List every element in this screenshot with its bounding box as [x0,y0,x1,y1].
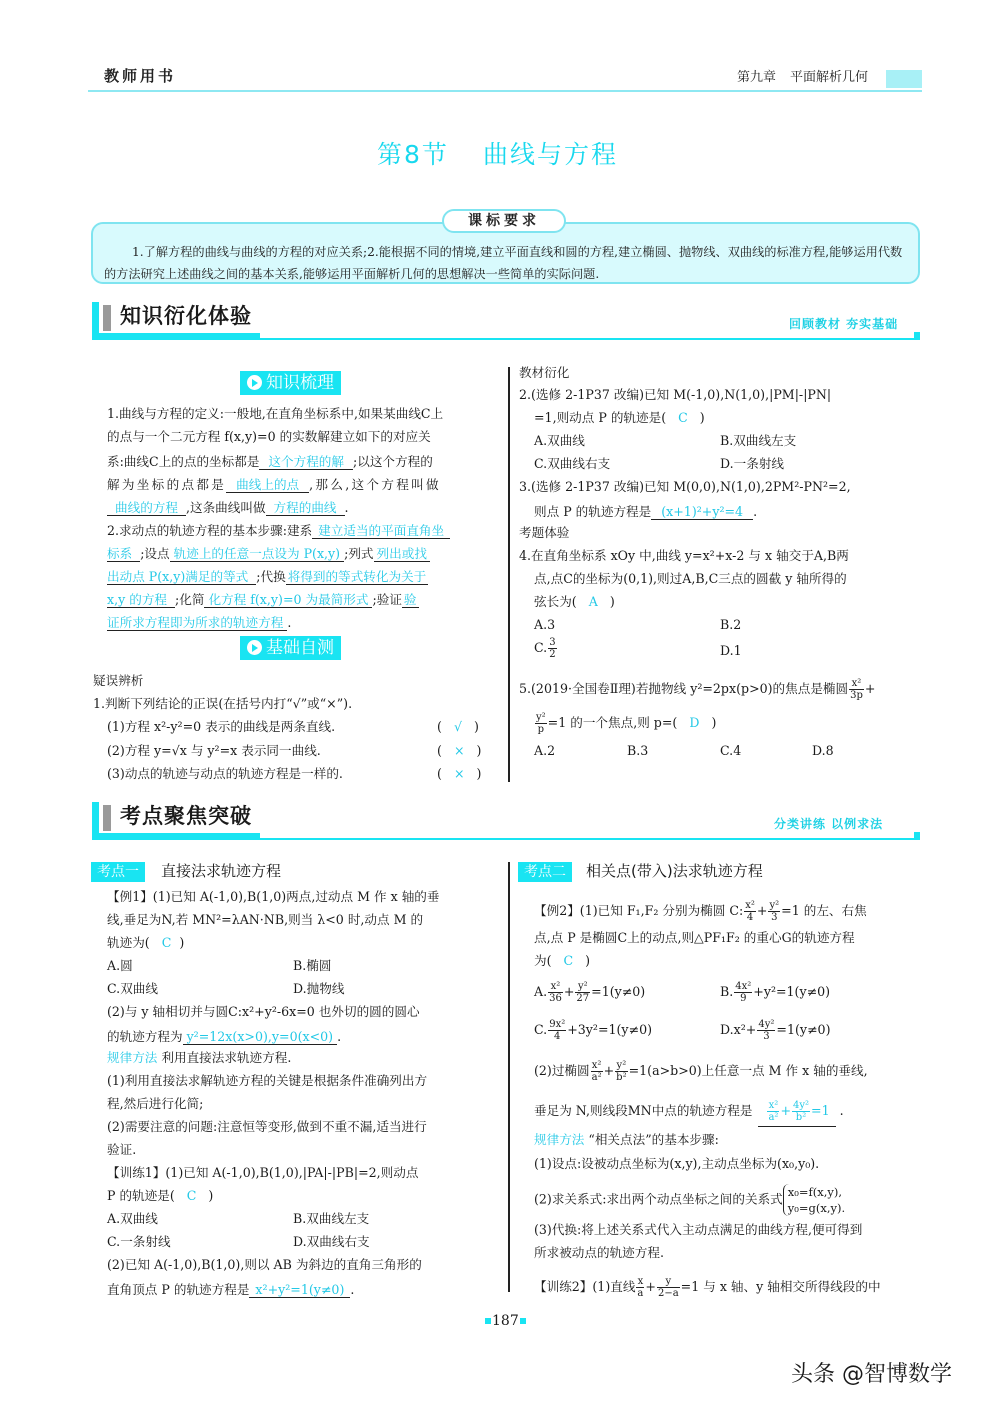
section-subtitle: 回顾教材 夯实基础 [789,318,898,330]
banner-dot [914,832,920,838]
knowledge-item-1-line-2: 的点与一个二元方程 f(x,y)=0 的实数解建立如下的对应关 [107,431,431,444]
question-4-line-2: 点,点C的坐标为(0,1),则过A,B,C三点的圆截 y 轴所得的 [534,573,847,586]
example-2-option-a: A.x²36+y²27=1(y≠0) [534,981,645,1004]
example-2-line-1: 【例2】(1)已知 F₁,F₂ 分别为椭圆 C:x²4+y²3=1 的左、右焦 [534,900,867,923]
question-3-line-1: 3.(选修 2-1P37 改编)已知 M(0,0),N(1,0),2PM²-PN… [519,481,851,494]
knowledge-item-2-line-2: 标系;设点轨迹上的任意一点设为 P(x,y);列式列出或找 [107,546,430,562]
section-subtitle: 分类讲练 以例求法 [774,818,883,830]
knowledge-item-2-line-5: 证所求方程即为所求的轨迹方程. [107,615,291,631]
answer-blank: 验 [402,592,419,608]
selftest-item-3: (3)动点的轨迹与动点的轨迹方程是一样的. [107,768,343,781]
play-icon [247,640,262,655]
training-1-line-1: 【训练1】(1)已知 A(-1,0),B(1,0),|PA|-|PB|=2,则动… [107,1167,418,1180]
page-title: 第8节曲线与方程 [0,142,995,167]
example-1-line-3: 轨迹为( C ) [107,937,184,950]
question-2-option-c: C.双曲线右支 [534,458,610,471]
requirements-text: 1.了解方程的曲线与曲线的方程的对应关系;2.能根据不同的情境,建立平面直线和圆… [104,241,914,285]
example-1-option-d: D.抛物线 [293,983,344,996]
section-number: 第8节 [377,140,449,169]
question-3-line-2: 则点 P 的轨迹方程是(x+1)²+y²=4. [534,504,757,520]
answer-blank: x,y 的方程 [107,592,175,608]
section-name: 曲线与方程 [483,140,618,169]
method-2-step-3-line-2: 所求被动点的轨迹方程. [534,1247,664,1260]
answer-blank: 标系 [107,546,140,562]
example-2b-line-1: (2)过椭圆x²a²+y²b²=1(a>b>0)上任意一点 M 作 x 轴的垂线… [534,1060,868,1083]
answer-blank: 方程的曲线 [266,500,345,516]
header-accent-bar [886,70,922,88]
training-1b-line-2: 直角顶点 P 的轨迹方程是x²+y²=1(y≠0). [107,1282,354,1298]
watermark: 头条 @智博数学 [791,1364,952,1386]
example-2-option-b: B.4x²9+y²=1(y≠0) [720,981,830,1004]
selftest-item-2: (2)方程 y=√x 与 y²=x 表示同一曲线. [107,745,321,758]
example-1-line-1: 【例1】(1)已知 A(-1,0),B(1,0)两点,过动点 M 作 x 轴的垂 [107,891,440,904]
method-2-heading: 规律方法 “相关点法”的基本步骤: [534,1134,719,1147]
requirements-tab: 课标要求 [442,209,566,233]
question-2-line-1: 2.(选修 2-1P37 改编)已知 M(-1,0),N(1,0),|PM|-|… [519,389,831,402]
question-4-line-3: 弦长为( A ) [534,596,615,609]
knowledge-item-1-line-4: 解为坐标的点都是曲线上的点,那么,这个方程叫做 [107,477,441,493]
banner-gray-block [103,805,111,831]
column-divider [508,862,510,1292]
kp2-tag: 考点二 [518,862,572,882]
selftest-answer-2: ( × ) [437,745,481,758]
training-1-option-a: A.双曲线 [107,1213,158,1226]
knowledge-item-1-line-5: 曲线的方程,这条曲线叫做方程的曲线. [107,500,349,516]
method-2-step-3-line-1: (3)代换:将上述关系式代入主动点满足的曲线方程,便可得到 [534,1224,862,1237]
example-1-option-c: C.双曲线 [107,983,158,996]
training-2-line-1: 【训练2】(1)直线xa+y2−a=1 与 x 轴、y 轴相交所得线段的中 [534,1276,881,1299]
banner-gray-block [103,305,111,331]
answer-blank: 将得到的等式转化为关于 [286,569,429,585]
answer-blank: y²=12x(x>0),y=0(x<0) [183,1029,338,1045]
answer-blank: (x+1)²+y²=4 [651,504,753,520]
selftest-answer-3: ( × ) [437,768,481,781]
answer-blank: x²+y²=1(y≠0) [249,1282,350,1298]
knowledge-item-2-line-1: 2.求动点的轨迹方程的基本步骤:建系建立适当的平面直角坐 [107,523,450,539]
question-4-option-c: C.32 [534,637,558,660]
subheading-textbook: 教材衍化 [519,367,569,380]
question-4-option-d: D.1 [720,645,742,658]
play-icon [247,375,262,390]
answer-blank: 出动点 P(x,y)满足的等式 [107,569,256,585]
training-1-option-c: C.一条射线 [107,1236,171,1249]
question-5-option-a: A.2 [534,745,555,758]
page-number: 187 [484,1314,527,1328]
answer-blank: 这个方程的解 [259,454,353,470]
question-5-option-b: B.3 [627,745,648,758]
knowledge-item-2-line-4: x,y 的方程;化简化方程 f(x,y)=0 为最简形式;验证验 [107,592,419,608]
chapter-name: 平面解析几何 [790,70,868,85]
answer-blank: 建立适当的平面直角坐 [312,523,450,539]
selftest-item-1: (1)方程 x²-y²=0 表示的曲线是两条直线. [107,721,335,734]
answer-blank: 轨迹上的任意一点设为 P(x,y) [170,546,344,562]
answer-blank: 曲线的方程 [107,500,186,516]
example-1-option-a: A.圆 [107,960,133,973]
question-2-option-b: B.双曲线左支 [720,435,796,448]
question-5-option-d: D.8 [812,745,834,758]
section-title: 考点聚焦突破 [120,805,252,826]
question-4-line-1: 4.在直角坐标系 xOy 中,曲线 y=x²+x-2 与 x 轴交于A,B两 [519,550,849,563]
method-1-point-1-line-2: 程,然后进行化简; [107,1098,203,1111]
header-rule [88,90,922,92]
question-5-line-1: 5.(2019·全国卷Ⅱ理)若抛物线 y²=2px(p>0)的焦点是椭圆x²3p… [519,678,875,701]
selftest-answer-1: ( √ ) [437,721,479,734]
heading-selftest: 基础自测 [240,636,341,660]
chapter-number: 第九章 [737,70,776,85]
heading-knowledge: 知识梳理 [240,371,341,395]
example-2-line-2: 点,点 P 是椭圆C上的动点,则△PF₁F₂ 的重心G的轨迹方程 [534,932,855,945]
answer-blank: 曲线上的点 [226,477,309,493]
knowledge-item-2-line-3: 出动点 P(x,y)满足的等式;代换将得到的等式转化为关于 [107,569,428,585]
method-1-point-1-line-1: (1)利用直接法求解轨迹方程的关键是根据条件准确列出方 [107,1075,427,1088]
answer-blank: 列出或找 [374,546,430,562]
question-4-option-b: B.2 [720,619,741,632]
section-title: 知识衍化体验 [120,305,252,326]
method-2-step-2: (2)求关系式:求出两个动点坐标之间的关系式x₀=f(x,y),y₀=g(x,y… [534,1184,845,1216]
example-1-line-2: 线,垂足为N,若 MN²=λAN·NB,则当 λ<0 时,动点 M 的 [107,914,423,927]
method-2-step-1: (1)设点:设被动点坐标为(x,y),主动点坐标为(x₀,y₀). [534,1158,819,1171]
answer-blank: 证所求方程即为所求的轨迹方程 [107,615,287,631]
question-5-line-2: y²p=1 的一个焦点,则 p=( D ) [534,712,716,735]
question-5-option-c: C.4 [720,745,741,758]
page-marker-icon [520,1318,526,1324]
method-1-heading: 规律方法 利用直接法求轨迹方程. [107,1052,291,1065]
banner-thin-line [92,838,920,840]
method-1-point-2-line-1: (2)需要注意的问题:注意恒等变形,做到不重不漏,适当进行 [107,1121,427,1134]
knowledge-item-1-line-1: 1.曲线与方程的定义:一般地,在直角坐标系中,如果某曲线C上 [107,408,443,421]
method-1-point-2-line-2: 验证. [107,1144,136,1157]
selftest-question: 1.判断下列结论的正误(在括号内打“√”或“×”). [93,698,352,711]
question-4-option-a: A.3 [534,619,555,632]
example-2b-line-2: 垂足为 N,则线段MN中点的轨迹方程是x²a²+4y²b²=1 . [534,1100,844,1127]
example-1-option-b: B.椭圆 [293,960,331,973]
column-divider [508,367,510,782]
training-1-line-2: P 的轨迹是( C ) [107,1190,213,1203]
training-1-option-b: B.双曲线左支 [293,1213,369,1226]
training-1-option-d: D.双曲线右支 [293,1236,370,1249]
question-2-line-2: =1,则动点 P 的轨迹是( C ) [534,412,705,425]
page-marker-icon [485,1318,491,1324]
answer-blank: 化方程 f(x,y)=0 为最简形式 [204,592,372,608]
example-1b-line-1: (2)与 y 轴相切并与圆C:x²+y²-6x=0 也外切的圆的圆心 [107,1006,420,1019]
knowledge-item-1-line-3: 系:曲线C上的点的坐标都是这个方程的解;以这个方程的 [107,454,433,470]
kp2-title: 相关点(带入)法求轨迹方程 [586,864,763,879]
training-1b-line-1: (2)已知 A(-1,0),B(1,0),则以 AB 为斜边的直角三角形的 [107,1259,422,1272]
kp1-tag: 考点一 [91,862,145,882]
kp1-title: 直接法求轨迹方程 [161,864,281,879]
example-2-option-d: D.x²+4y²3=1(y≠0) [720,1019,830,1042]
example-1b-line-2: 的轨迹方程为y²=12x(x>0),y=0(x<0). [107,1029,341,1045]
question-2-option-a: A.双曲线 [534,435,585,448]
banner-thin-line [92,338,920,340]
example-2-option-c: C.9x²4+3y²=1(y≠0) [534,1019,652,1042]
selftest-subheading: 疑误辨析 [93,675,143,688]
subheading-exam: 考题体验 [519,527,569,540]
header-chapter: 第九章平面解析几何 [737,71,868,84]
header-book-type: 教师用书 [104,69,176,84]
question-2-option-d: D.一条射线 [720,458,784,471]
example-2-line-3: 为( C ) [534,955,590,968]
banner-dot [914,332,920,338]
